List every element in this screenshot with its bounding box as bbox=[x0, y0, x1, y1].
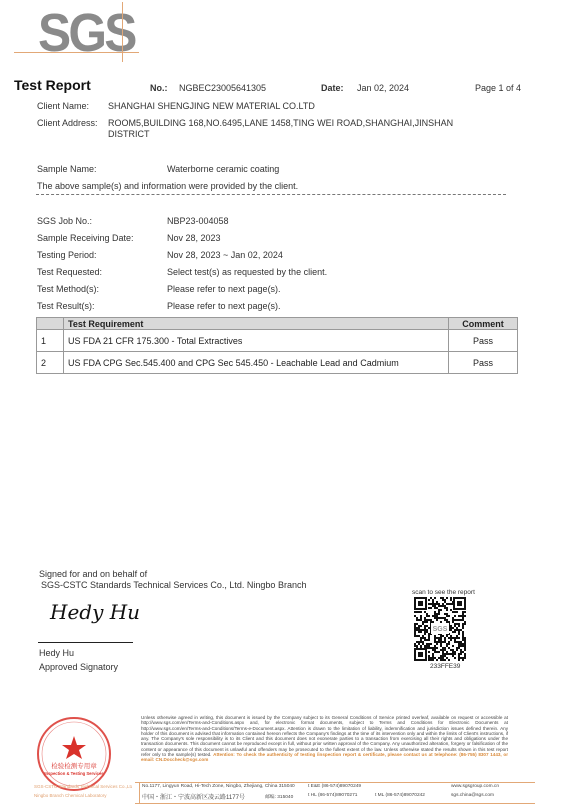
date-label: Date: bbox=[321, 83, 344, 93]
footer-address-cn: 中国・浙江・宁波高新区凌云路1177号 bbox=[142, 792, 245, 801]
client-name-label: Client Name: bbox=[37, 101, 89, 111]
signature-line bbox=[38, 642, 133, 643]
logo-vertical-rule bbox=[122, 2, 123, 62]
detail-value: NBP23-004058 bbox=[167, 216, 229, 226]
signatory-name: Hedy Hu bbox=[39, 648, 74, 658]
qr-code-icon[interactable]: SGS bbox=[414, 597, 466, 661]
table-header-row: Test Requirement Comment bbox=[37, 318, 518, 330]
detail-value: Select test(s) as requested by the clien… bbox=[167, 267, 327, 277]
detail-label: Test Method(s): bbox=[37, 284, 99, 294]
footer-website[interactable]: www.sgsgroup.com.cn bbox=[451, 784, 499, 789]
report-no-value: NGBEC23005641305 bbox=[179, 83, 266, 93]
row-num: 1 bbox=[37, 330, 64, 352]
sample-name-value: Waterborne ceramic coating bbox=[167, 164, 279, 174]
legal-disclaimer: Unless otherwise agreed in writing, this… bbox=[141, 715, 508, 763]
footer-postcode-cn: 邮编: 315040 bbox=[265, 793, 293, 800]
sample-name-label: Sample Name: bbox=[37, 164, 97, 174]
signing-company: SGS-CSTC Standards Technical Services Co… bbox=[41, 580, 306, 590]
signed-for-text: Signed for and on behalf of bbox=[39, 569, 147, 579]
row-comment: Pass bbox=[449, 352, 518, 374]
footer-left-bar bbox=[139, 782, 140, 803]
table-row: 2 US FDA CPG Sec.545.400 and CPG Sec 545… bbox=[37, 352, 518, 374]
detail-label: Test Requested: bbox=[37, 267, 102, 277]
svg-text:Inspection & Testing Services: Inspection & Testing Services bbox=[44, 771, 104, 776]
qr-caption: scan to see the report bbox=[412, 589, 475, 596]
provided-note: The above sample(s) and information were… bbox=[37, 181, 298, 191]
detail-value: Nov 28, 2023 ~ Jan 02, 2024 bbox=[167, 250, 283, 260]
svg-text:检验检测专用章: 检验检测专用章 bbox=[51, 761, 97, 770]
page-indicator: Page 1 of 4 bbox=[475, 83, 521, 93]
footer-email[interactable]: sgs.china@sgs.com bbox=[451, 793, 494, 798]
logo-horizontal-rule bbox=[14, 52, 139, 53]
detail-value: Nov 28, 2023 bbox=[167, 233, 221, 243]
client-address-line2: DISTRICT bbox=[108, 129, 150, 139]
detail-label: SGS Job No.: bbox=[37, 216, 92, 226]
date-value: Jan 02, 2024 bbox=[357, 83, 409, 93]
footer-top-rule bbox=[135, 782, 535, 783]
footer-address-en: No.1177, Lingyun Road, Hi-Tech Zone, Nin… bbox=[142, 784, 295, 789]
header-requirement: Test Requirement bbox=[64, 318, 449, 330]
dashed-separator bbox=[36, 194, 506, 195]
svg-text:Ningbo Branch Chemical Laborat: Ningbo Branch Chemical Laboratory bbox=[34, 793, 107, 798]
signatory-role: Approved Signatory bbox=[39, 662, 118, 672]
qr-code-id: 233FFE39 bbox=[430, 663, 460, 670]
footer-tel-hl: t HL (86-574)89070271 bbox=[308, 793, 357, 798]
disclaimer-text: Unless otherwise agreed in writing, this… bbox=[141, 715, 508, 757]
test-requirement-table: Test Requirement Comment 1 US FDA 21 CFR… bbox=[36, 317, 518, 374]
detail-label: Testing Period: bbox=[37, 250, 97, 260]
detail-label: Sample Receiving Date: bbox=[37, 233, 134, 243]
row-num: 2 bbox=[37, 352, 64, 374]
row-requirement: US FDA CPG Sec.545.400 and CPG Sec 545.4… bbox=[64, 352, 449, 374]
detail-label: Test Result(s): bbox=[37, 301, 95, 311]
detail-value: Please refer to next page(s). bbox=[167, 301, 281, 311]
svg-text:SGS-CSTC Standards Technical S: SGS-CSTC Standards Technical Services Co… bbox=[34, 784, 132, 789]
detail-value: Please refer to next page(s). bbox=[167, 284, 281, 294]
report-no-label: No.: bbox=[150, 83, 168, 93]
handwritten-signature: Hedy Hu bbox=[50, 600, 140, 624]
footer-bottom-rule bbox=[135, 803, 535, 804]
official-seal-stamp: 检验检测专用章 Inspection & Testing Services SG… bbox=[12, 712, 132, 806]
footer-tel-ml: t ML (86-574)89070242 bbox=[375, 793, 425, 798]
header-num bbox=[37, 318, 64, 330]
client-address-line1: ROOM5,BUILDING 168,NO.6495,LANE 1458,TIN… bbox=[108, 118, 453, 128]
report-title: Test Report bbox=[14, 77, 91, 93]
row-comment: Pass bbox=[449, 330, 518, 352]
client-name-value: SHANGHAI SHENGJING NEW MATERIAL CO.LTD bbox=[108, 101, 315, 111]
row-requirement: US FDA 21 CFR 175.300 - Total Extractive… bbox=[64, 330, 449, 352]
table-row: 1 US FDA 21 CFR 175.300 - Total Extracti… bbox=[37, 330, 518, 352]
client-address-label: Client Address: bbox=[37, 118, 98, 128]
svg-text:SGS: SGS bbox=[433, 626, 448, 633]
header-comment: Comment bbox=[449, 318, 518, 330]
footer-tel-ee: t E&E (86-574)89070249 bbox=[308, 784, 361, 789]
